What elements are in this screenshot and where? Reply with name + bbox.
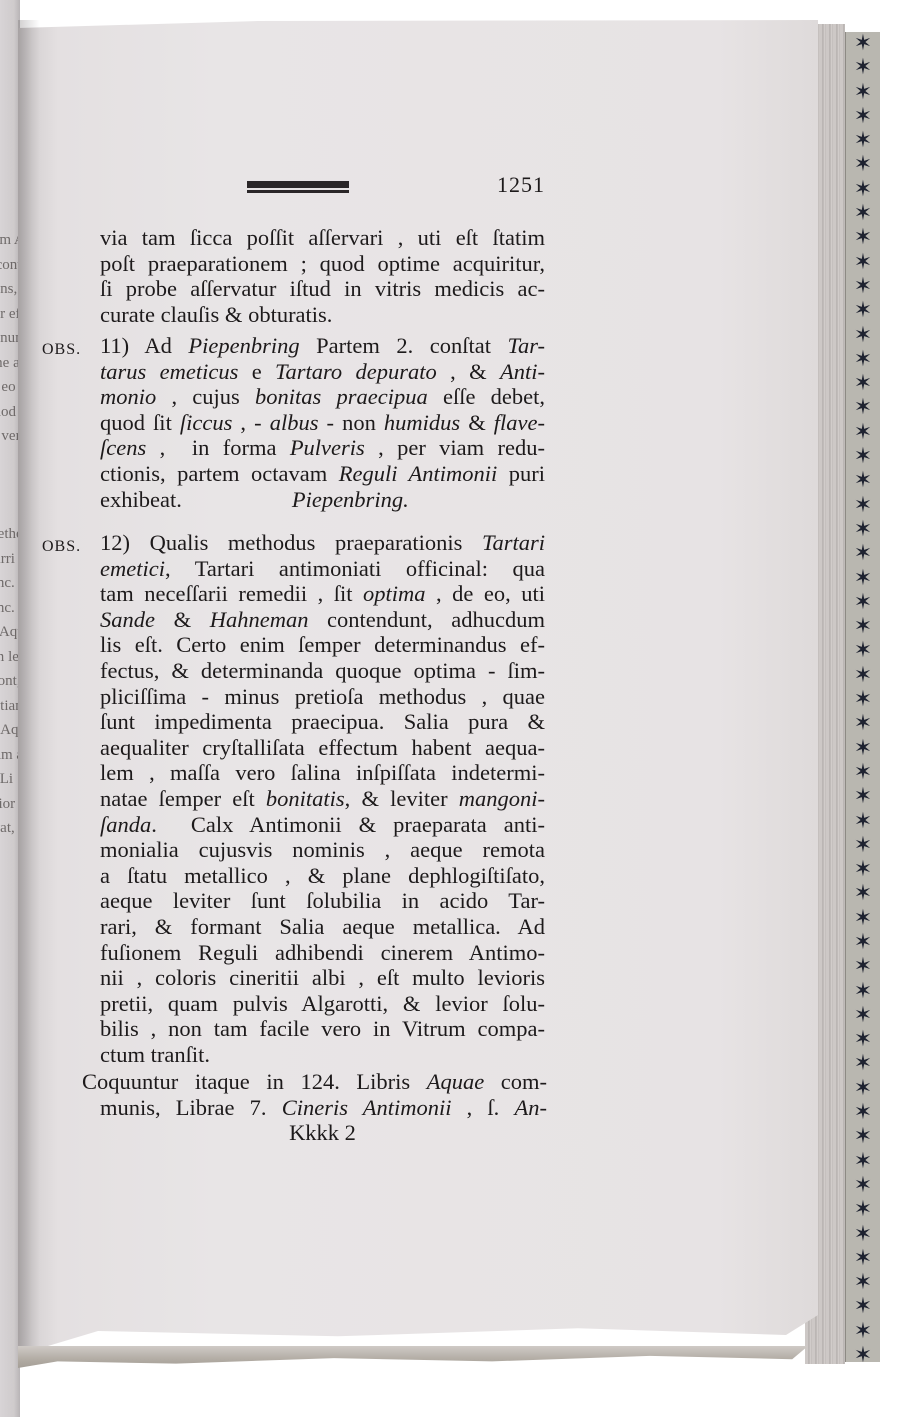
text-line: ſi probe aſſervatur iſtud in vitris medi… <box>100 276 545 302</box>
text-line: aequaliter cryſtalliſata effectum habent… <box>100 735 545 761</box>
star-icon: ✶ <box>846 761 880 785</box>
star-icon: ✶ <box>846 639 880 663</box>
text-line: monio , cujus bonitas praecipua eſſe deb… <box>100 384 545 410</box>
left-page-fragment: per effic <box>0 302 20 326</box>
star-icon: ✶ <box>846 1028 880 1052</box>
star-icon: ✶ <box>846 737 880 761</box>
gutter-shadow <box>18 20 40 1360</box>
signature-mark-row: Kkkk 2 <box>100 1120 545 1146</box>
text-line: Coquuntur itaque in 124. Libris Aquae co… <box>82 1069 547 1095</box>
left-page-fragment: llam ad <box>0 743 20 767</box>
text-line: aeque leviter ſunt ſolubilia in acido Ta… <box>100 888 545 914</box>
text-line: emetici, Tartari antimoniati officinal: … <box>100 556 545 582</box>
star-icon: ✶ <box>846 153 880 177</box>
text-line: curate clauſis & obturatis. <box>100 302 545 328</box>
left-page-fragment: Unc. 1 <box>0 571 20 595</box>
star-icon: ✶ <box>846 202 880 226</box>
left-page-fragment: cam Ap <box>0 228 20 252</box>
star-icon: ✶ <box>846 494 880 518</box>
deckled-bottom-edge <box>18 1346 808 1368</box>
star-icon: ✶ <box>846 1174 880 1198</box>
text-line: tarus emeticus e Tartaro depurato , & An… <box>100 359 545 385</box>
text-line: ctionis, partem octavam Reguli Antimonii… <box>100 461 545 487</box>
star-icon: ✶ <box>846 591 880 615</box>
star-icon: ✶ <box>846 1295 880 1319</box>
star-icon: ✶ <box>846 1125 880 1149</box>
italic-term: flave- <box>494 410 545 435</box>
text-line: fectus, & determinanda quoque optima - ſ… <box>100 658 545 684</box>
left-page-fragment: prior <box>0 792 20 816</box>
text-line: via tam ſicca poſſit aſſervari , uti eſt… <box>100 225 545 251</box>
left-page-fragment: A Li <box>0 767 20 791</box>
italic-term: albus <box>270 410 319 435</box>
italic-term: ſcens <box>100 435 146 460</box>
left-facing-page-fragment: cam Aps contigens, nper efficconumfine a… <box>0 0 20 1417</box>
star-icon: ✶ <box>846 348 880 372</box>
left-page-fragment: in eo p <box>0 375 20 399</box>
italic-term: mangoni- <box>459 786 545 811</box>
headpiece-rule <box>247 181 349 190</box>
text-line: bilis , non tam facile vero in Vitrum co… <box>100 1016 545 1042</box>
star-icon: ✶ <box>846 178 880 202</box>
italic-term: emetici <box>100 556 165 581</box>
left-page-fragment: entiam. <box>0 694 20 718</box>
text-line: 11) Ad Piepenbring Partem 2. conſtat Tar… <box>100 333 545 359</box>
text-line: tam neceſſarii remedii , ſit optima , de… <box>100 581 545 607</box>
left-page-fragment: fine al <box>0 351 20 375</box>
text-line: 12) Qualis methodus praeparationis Tarta… <box>100 530 545 556</box>
star-icon: ✶ <box>846 105 880 129</box>
star-icon: ✶ <box>846 1223 880 1247</box>
italic-term: Tartari <box>482 530 545 555</box>
star-icon: ✶ <box>846 32 880 56</box>
star-patterned-cover-edge: ✶✶✶✶✶✶✶✶✶✶✶✶✶✶✶✶✶✶✶✶✶✶✶✶✶✶✶✶✶✶✶✶✶✶✶✶✶✶✶✶… <box>845 32 880 1362</box>
left-page-fragment: is Aqua <box>0 620 20 644</box>
italic-term: Piepenbring. <box>292 487 409 512</box>
left-page-fragment: Tarri Am <box>0 547 20 571</box>
left-page-fragment: conum <box>0 326 20 350</box>
italic-term: An- <box>514 1095 547 1120</box>
star-icon: ✶ <box>846 445 880 469</box>
star-icon: ✶ <box>846 785 880 809</box>
italic-term: Piepenbring <box>188 333 299 358</box>
obs-label: OBS. <box>42 534 81 559</box>
star-icon: ✶ <box>846 955 880 979</box>
paragraph-coquuntur: Coquuntur itaque in 124. Libris Aquae co… <box>82 1069 547 1120</box>
star-icon: ✶ <box>846 421 880 445</box>
italic-term: Aquae <box>427 1069 484 1094</box>
star-icon: ✶ <box>846 81 880 105</box>
italic-term: Sande <box>100 607 155 632</box>
italic-term: bonitatis <box>266 786 345 811</box>
italic-term: Anti- <box>500 359 545 384</box>
italic-term: Tartaro depurato <box>275 359 437 384</box>
italic-term: Reguli Antimonii <box>339 461 498 486</box>
text-line: monialia cujusvis nominis , aeque remota <box>100 837 545 863</box>
text-line: lis eſt. Certo enim ſemper determinandus… <box>100 632 545 658</box>
star-icon: ✶ <box>846 1198 880 1222</box>
star-icon: ✶ <box>846 1247 880 1271</box>
left-page-fragment: gens, n <box>0 277 20 301</box>
italic-term: Tar- <box>508 333 546 358</box>
star-icon: ✶ <box>846 834 880 858</box>
italic-term: optima <box>363 581 426 606</box>
text-line: ctum tranſit. <box>100 1042 545 1068</box>
observation-12: OBS. 12) Qualis methodus praeparationis … <box>100 530 545 1067</box>
star-icon: ✶ <box>846 396 880 420</box>
star-icon: ✶ <box>846 931 880 955</box>
page-number: 1251 <box>497 172 545 198</box>
star-icon: ✶ <box>846 1271 880 1295</box>
star-icon: ✶ <box>846 664 880 688</box>
star-icon: ✶ <box>846 226 880 250</box>
text-line: a ſtatu metallico , & plane dephlogiſtiſ… <box>100 863 545 889</box>
star-icon: ✶ <box>846 469 880 493</box>
text-line: munis, Librae 7. Cineris Antimonii , ſ. … <box>82 1095 547 1121</box>
italic-term: Pulveris <box>290 435 365 460</box>
paragraph-continuation: via tam ſicca poſſit aſſervari , uti eſt… <box>100 225 545 327</box>
observation-11: OBS. 11) Ad Piepenbring Partem 2. conſta… <box>100 333 545 512</box>
left-page-fragment: quod ta <box>0 400 20 424</box>
text-line: nii , coloris cineritii albi , eſt multo… <box>100 965 545 991</box>
text-line: pretii, quam pulvis Algarotti, & levior … <box>100 991 545 1017</box>
star-icon: ✶ <box>846 615 880 639</box>
star-icon: ✶ <box>846 858 880 882</box>
left-page-fragment: 6. Aqu <box>0 718 20 742</box>
star-icon: ✶ <box>846 712 880 736</box>
left-page-fragment: avat, E <box>0 816 20 840</box>
italic-term: monio <box>100 384 156 409</box>
text-line: exhibeat.Piepenbring. <box>100 487 545 513</box>
italic-term: ſanda <box>100 812 151 837</box>
star-icon: ✶ <box>846 1101 880 1125</box>
text-line: ſunt impedimenta praecipua. Salia pura & <box>100 709 545 735</box>
star-icon: ✶ <box>846 372 880 396</box>
star-icon: ✶ <box>846 907 880 931</box>
star-icon: ✶ <box>846 810 880 834</box>
obs-label: OBS. <box>42 337 81 362</box>
text-line: rari, & formant Salia aeque metallica. A… <box>100 914 545 940</box>
italic-term: ſiccus <box>180 410 232 435</box>
text-line: ſanda. Calx Antimonii & praeparata anti- <box>100 812 545 838</box>
text-line: natae ſemper eſt bonitatis, & leviter ma… <box>100 786 545 812</box>
text-line: fuſionem Reguli adhibendi cinerem Antimo… <box>100 940 545 966</box>
text-line: poſt praeparationem ; quod optime acquir… <box>100 251 545 277</box>
star-icon: ✶ <box>846 275 880 299</box>
left-page-fragment: m verio <box>0 424 20 448</box>
italic-term: Cineris Antimonii <box>282 1095 452 1120</box>
left-page-fragment: s conti <box>0 253 20 277</box>
star-icon: ✶ <box>846 129 880 153</box>
star-icon: ✶ <box>846 882 880 906</box>
italic-term: tarus emeticus <box>100 359 238 384</box>
star-icon: ✶ <box>846 299 880 323</box>
star-icon: ✶ <box>846 1344 880 1362</box>
star-icon: ✶ <box>846 1320 880 1344</box>
star-icon: ✶ <box>846 1077 880 1101</box>
text-line: ſcens , in forma Pulveris , per viam red… <box>100 435 545 461</box>
star-icon: ✶ <box>846 567 880 591</box>
text-line: lem , maſſa vero ſalina inſpiſſata indet… <box>100 760 545 786</box>
left-page-fragment: am len <box>0 645 20 669</box>
left-page-fragment: mont, G <box>0 669 20 693</box>
star-icon: ✶ <box>846 1052 880 1076</box>
italic-term: bonitas praecipua <box>255 384 428 409</box>
star-icon: ✶ <box>846 1150 880 1174</box>
running-head: 1251 <box>100 172 545 192</box>
star-icon: ✶ <box>846 56 880 80</box>
left-page-fragment: methodu <box>0 522 20 546</box>
star-icon: ✶ <box>846 542 880 566</box>
star-icon: ✶ <box>846 324 880 348</box>
italic-term: humidus <box>384 410 460 435</box>
left-page-fragment: Unc. 4. <box>0 596 20 620</box>
star-icon: ✶ <box>846 518 880 542</box>
star-icon: ✶ <box>846 1004 880 1028</box>
star-icon: ✶ <box>846 980 880 1004</box>
italic-term: Hahneman <box>210 607 309 632</box>
text-line: pliciſſima - minus pretioſa methodus , q… <box>100 684 545 710</box>
text-line: Sande & Hahneman contendunt, adhucdum <box>100 607 545 633</box>
star-icon: ✶ <box>846 251 880 275</box>
star-icon: ✶ <box>846 688 880 712</box>
signature-mark: Kkkk 2 <box>100 1120 545 1146</box>
text-line: quod ſit ſiccus , - albus - non humidus … <box>100 410 545 436</box>
